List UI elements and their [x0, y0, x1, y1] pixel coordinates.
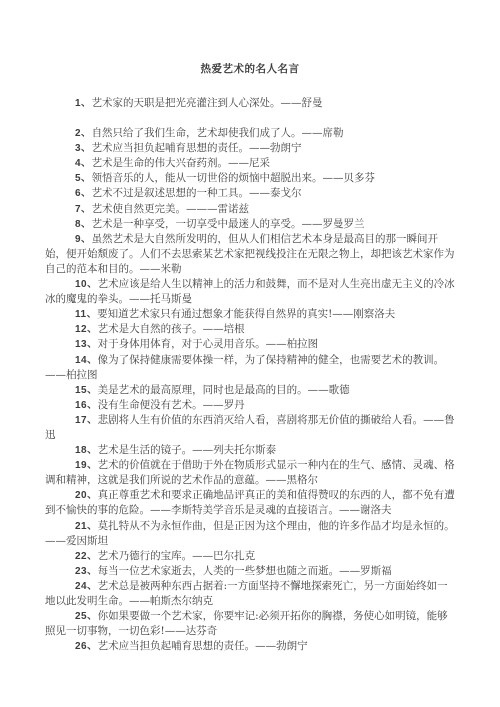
quote-number: 19、 — [75, 460, 98, 471]
document-page: 热爱艺术的名人名言 1、艺术家的天职是把光亮灌注到人心深处。——舒曼2、自然只给… — [0, 0, 500, 707]
quote-item: 6、艺术不过是叙述思想的一种工具。——泰戈尔 — [45, 186, 455, 201]
quote-number: 10、 — [75, 279, 98, 290]
quote-text: 艺术是一种享受，一切享受中最迷人的享受。——罗曼罗兰 — [92, 218, 365, 230]
quote-text: 莫扎特从不为永恒作曲，但是正因为这个理由，他的许多作品才均是永恒的。——爱因斯坦 — [45, 520, 455, 547]
quote-text: 领悟音乐的人，能从一切世俗的烦恼中超脱出来。——贝多芬 — [92, 172, 376, 184]
quote-number: 17、 — [75, 415, 98, 426]
quote-text: 艺术应当担负起哺育思想的责任。——勃朗宁 — [98, 640, 308, 652]
quote-item: 3、艺术应当担负起哺育思想的责任。——勃朗宁 — [45, 141, 455, 156]
quote-item: 2、自然只给了我们生命，艺术却使我们成了人。——席勒 — [45, 126, 455, 141]
quote-item: 19、艺术的价值就在于借助于外在物质形式显示一种内在的生气、感情、灵魂、格调和精… — [45, 458, 455, 488]
quote-number: 20、 — [75, 490, 98, 501]
quote-text: 艺术是生命的伟大兴奋药剂。——尼采 — [92, 157, 271, 169]
quote-number: 7、 — [75, 204, 92, 215]
quote-number: 13、 — [75, 339, 98, 350]
quote-number: 25、 — [75, 611, 98, 622]
quote-item: 8、艺术是一种享受，一切享受中最迷人的享受。——罗曼罗兰 — [45, 217, 455, 232]
quote-text: 艺术总是被两种东西占据着:一方面坚持不懈地探索死亡，另一方面始终如一地以此发明生… — [45, 580, 448, 607]
quote-text: 艺术是大自然的孩子。——培根 — [98, 323, 245, 335]
quote-text: 艺术是生活的镜子。——列夫托尔斯泰 — [98, 444, 277, 456]
quote-item: 21、莫扎特从不为永恒作曲，但是正因为这个理由，他的许多作品才均是永恒的。——爱… — [45, 519, 455, 549]
quote-number: 11、 — [75, 309, 97, 320]
quote-number: 15、 — [75, 385, 98, 396]
quote-text: 没有生命便没有艺术。——罗丹 — [98, 399, 245, 411]
quote-item: 16、没有生命便没有艺术。——罗丹 — [45, 398, 455, 413]
quote-item: 11、要知道艺术家只有通过想象才能获得自然界的真实!——刚察洛夫 — [45, 307, 455, 322]
quote-item: 5、领悟音乐的人，能从一切世俗的烦恼中超脱出来。——贝多芬 — [45, 171, 455, 186]
quote-item: 17、悲剧将人生有价值的东西消灭给人看，喜剧将那无价值的撕破给人看。——鲁迅 — [45, 413, 455, 443]
quote-number: 26、 — [75, 641, 98, 652]
quote-number: 24、 — [75, 581, 98, 592]
quote-item: 23、每当一位艺术家逝去，人类的一些梦想也随之而逝。——罗斯福 — [45, 564, 455, 579]
quote-number: 8、 — [75, 219, 92, 230]
quote-number: 6、 — [75, 188, 92, 199]
quote-item: 25、你如果要做一个艺术家，你要牢记:必须开拓你的胸襟，务使心如明镜，能够照见一… — [45, 609, 455, 639]
quote-item: 20、真正尊重艺术和要求正确地品评真正的美和值得赞叹的东西的人，都不免有遭到不愉… — [45, 488, 455, 518]
quote-item: 9、虽然艺术是大自然所发明的，但从人们相信艺术本身是最高目的那一瞬间开始，便开始… — [45, 232, 455, 277]
quote-text: 像为了保持健康需要体操一样，为了保持精神的健全，也需要艺术的教训。——柏拉图 — [45, 354, 444, 381]
quote-number: 14、 — [75, 355, 98, 366]
quote-number: 9、 — [75, 234, 92, 245]
quote-text: 美是艺术的最高原理，同时也是最高的目的。——歌德 — [98, 384, 350, 396]
quote-number: 3、 — [75, 143, 92, 154]
quote-text: 每当一位艺术家逝去，人类的一些梦想也随之而逝。——罗斯福 — [98, 565, 392, 577]
quote-number: 23、 — [75, 566, 98, 577]
quote-text: 对于身体用体育，对于心灵用音乐。——柏拉图 — [98, 338, 319, 350]
quote-number: 5、 — [75, 173, 92, 184]
quote-item: 1、艺术家的天职是把光亮灌注到人心深处。——舒曼 — [45, 96, 455, 111]
quote-text: 自然只给了我们生命，艺术却使我们成了人。——席勒 — [92, 127, 344, 139]
quote-text: 艺术的价值就在于借助于外在物质形式显示一种内在的生气、感情、灵魂、格调和精神，这… — [45, 459, 455, 486]
document-title: 热爱艺术的名人名言 — [0, 61, 500, 76]
quote-item: 24、艺术总是被两种东西占据着:一方面坚持不懈地探索死亡，另一方面始终如一地以此… — [45, 579, 455, 609]
quote-text: 艺术使自然更完美。———雷诺兹 — [92, 203, 250, 215]
quote-text: 要知道艺术家只有通过想象才能获得自然界的真实!——刚察洛夫 — [97, 308, 395, 320]
quote-number: 21、 — [75, 521, 98, 532]
quote-number: 2、 — [75, 128, 92, 139]
quote-item: 18、艺术是生活的镜子。——列夫托尔斯泰 — [45, 443, 455, 458]
quote-item: 26、艺术应当担负起哺育思想的责任。——勃朗宁 — [45, 639, 455, 654]
quote-item: 22、艺术乃德行的宝库。——巴尔扎克 — [45, 549, 455, 564]
quote-text: 艺术应该是给人生以精神上的活力和鼓舞，而不是对人生亮出虚无主义的冷冰冰的魔鬼的拳… — [45, 278, 455, 305]
quote-number: 4、 — [75, 158, 92, 169]
quote-item: 15、美是艺术的最高原理，同时也是最高的目的。——歌德 — [45, 383, 455, 398]
quote-text: 悲剧将人生有价值的东西消灭给人看，喜剧将那无价值的撕破给人看。——鲁迅 — [45, 414, 455, 441]
quote-text: 艺术乃德行的宝库。——巴尔扎克 — [98, 550, 256, 562]
quote-number: 1、 — [75, 98, 92, 109]
quote-item: 13、对于身体用体育，对于心灵用音乐。——柏拉图 — [45, 337, 455, 352]
quote-item: 7、艺术使自然更完美。———雷诺兹 — [45, 202, 455, 217]
quote-number: 12、 — [75, 324, 98, 335]
quote-item: 14、像为了保持健康需要体操一样，为了保持精神的健全，也需要艺术的教训。——柏拉… — [45, 353, 455, 383]
quote-text: 艺术不过是叙述思想的一种工具。——泰戈尔 — [92, 187, 302, 199]
quote-text: 真正尊重艺术和要求正确地品评真正的美和值得赞叹的东西的人，都不免有遭到不愉快的事… — [45, 489, 455, 516]
quote-number: 22、 — [75, 551, 98, 562]
quote-item: 4、艺术是生命的伟大兴奋药剂。——尼采 — [45, 156, 455, 171]
quote-item: 12、艺术是大自然的孩子。——培根 — [45, 322, 455, 337]
quote-text: 你如果要做一个艺术家，你要牢记:必须开拓你的胸襟，务使心如明镜，能够照见一切事物… — [45, 610, 448, 637]
quote-text: 艺术家的天职是把光亮灌注到人心深处。——舒曼 — [92, 97, 323, 109]
quote-item: 10、艺术应该是给人生以精神上的活力和鼓舞，而不是对人生亮出虚无主义的冷冰冰的魔… — [45, 277, 455, 307]
quote-number: 16、 — [75, 400, 98, 411]
quote-number: 18、 — [75, 445, 98, 456]
quote-text: 虽然艺术是大自然所发明的，但从人们相信艺术本身是最高目的那一瞬间开始，便开始颓废… — [45, 233, 455, 275]
quote-list: 1、艺术家的天职是把光亮灌注到人心深处。——舒曼2、自然只给了我们生命，艺术却使… — [45, 96, 455, 654]
quote-text: 艺术应当担负起哺育思想的责任。——勃朗宁 — [92, 142, 302, 154]
